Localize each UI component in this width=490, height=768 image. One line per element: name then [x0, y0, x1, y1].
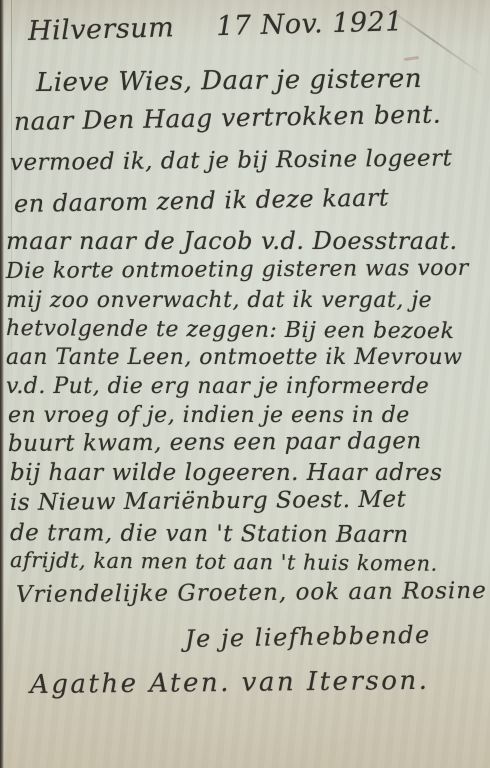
body-line: maar naar de Jacob v.d. Doesstraat. [6, 227, 458, 255]
body-line: naar Den Haag vertrokken bent. [14, 100, 442, 136]
salutation-line: Lieve Wies, Daar je gisteren [36, 64, 422, 98]
letter-page: Hilversum17 Nov. 1921 Lieve Wies, Daar j… [0, 0, 490, 768]
body-line: Die korte ontmoeting gisteren was voor [6, 256, 469, 284]
body-line: afrijdt, kan men tot aan 't huis komen. [10, 548, 438, 576]
valediction: Je je liefhebbende [185, 621, 431, 653]
scan-edge [0, 0, 4, 768]
closing-greeting-line: Vriendelijke Groeten, ook aan Rosine [16, 578, 487, 608]
body-line: bij haar wilde logeeren. Haar adres [10, 460, 442, 486]
place-name: Hilversum [28, 12, 175, 47]
body-line: vermoed ik, dat je bij Rosine logeert [10, 145, 453, 176]
body-line: mij zoo onverwacht, dat ik vergat, je [6, 288, 432, 313]
body-line: v.d. Put, die erg naar je informeerde [6, 374, 429, 399]
dateline: Hilversum17 Nov. 1921 [28, 6, 404, 47]
paper-blemish [404, 56, 419, 61]
signature: Agathe Aten. van Iterson. [30, 666, 430, 700]
letter-date: 17 Nov. 1921 [216, 6, 403, 42]
body-line: hetvolgende te zeggen: Bij een bezoek [6, 316, 455, 344]
body-line: is Nieuw Mariënburg Soest. Met [10, 487, 406, 516]
body-line: aan Tante Leen, ontmoette ik Mevrouw [6, 345, 462, 370]
body-line: en daarom zend ik deze kaart [14, 183, 389, 218]
body-line: de tram, die van 't Station Baarn [10, 520, 409, 548]
body-line: en vroeg of je, indien je eens in de [8, 403, 410, 428]
body-line: buurt kwam, eens een paar dagen [8, 428, 422, 457]
